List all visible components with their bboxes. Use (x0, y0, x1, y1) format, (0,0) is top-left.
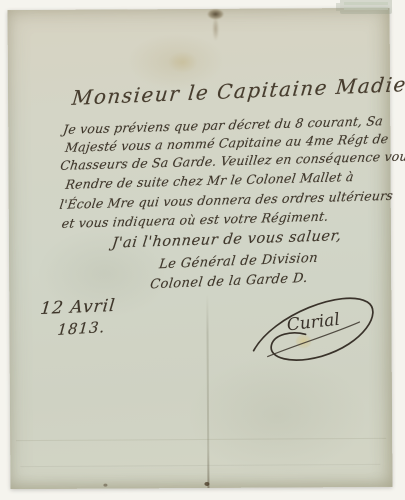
signer-title-line: Le Général de Division (158, 251, 319, 273)
letter-salutation: Monsieur le Capitaine Madier, (71, 71, 405, 110)
signature-paraph-icon: Curial (247, 286, 381, 369)
signature-flourish: Curial (247, 286, 381, 369)
letter-body-line: et vous indiquera où est votre Régiment. (61, 209, 330, 231)
letter-closing: J'ai l'honneur de vous saluer, (111, 228, 343, 251)
letter-paper: Monsieur le Capitaine Madier, Je vous pr… (8, 8, 393, 489)
fold-crease-vertical (206, 294, 209, 488)
ink-speck (103, 484, 107, 487)
letter-body-line: Rendre de suite chez Mr le Colonel Malle… (65, 169, 355, 192)
watermark-logo (340, 0, 392, 14)
ink-stain (196, 9, 236, 47)
foxing-spot (168, 51, 198, 73)
ink-speck (204, 482, 209, 486)
letter-date-day-month: 12 Avril (39, 296, 116, 319)
fold-crease-horizontal (16, 438, 386, 441)
photo-of-letter: Monsieur le Capitaine Madier, Je vous pr… (0, 0, 405, 500)
letter-body-line: l'École Mre qui vous donnera des ordres … (59, 188, 394, 212)
letter-date-year: 1813. (57, 318, 106, 339)
signature-name: Curial (286, 310, 341, 336)
fold-crease-horizontal (20, 464, 380, 467)
